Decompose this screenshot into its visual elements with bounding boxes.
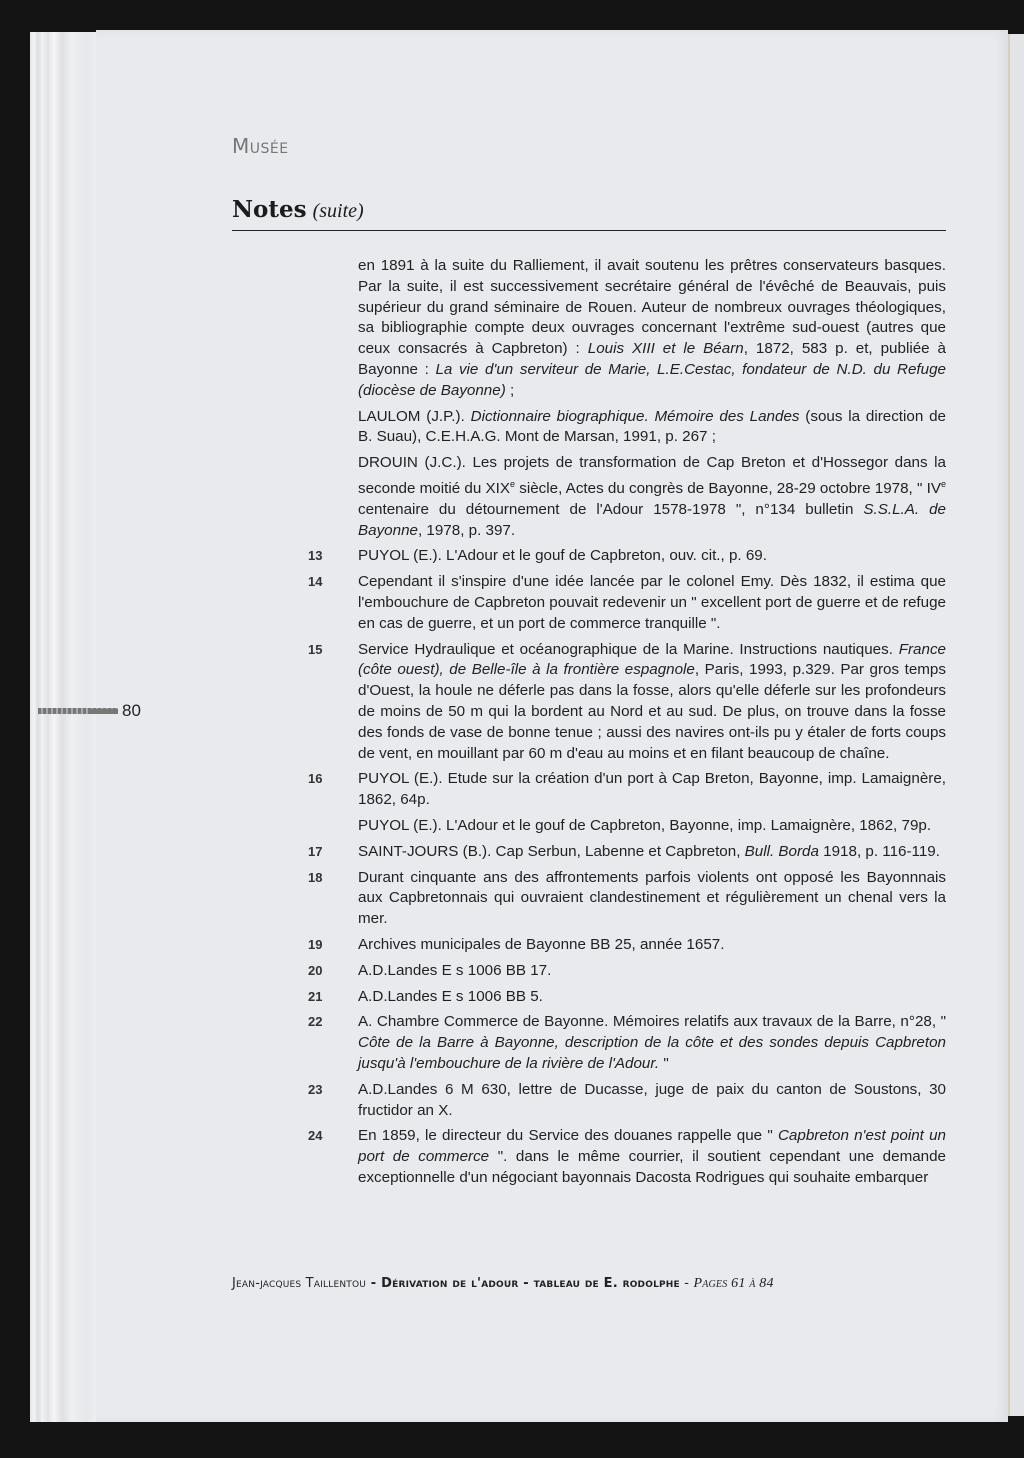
note-number: 22 — [300, 1012, 358, 1074]
note-14: 14 Cependant il s'inspire d'une idée lan… — [300, 572, 946, 634]
title-rule — [232, 230, 946, 231]
note-continued: en 1891 à la suite du Ralliement, il ava… — [300, 256, 946, 541]
note-number: 24 — [300, 1126, 358, 1188]
note-20: 20 A.D.Landes E s 1006 BB 17. — [300, 961, 946, 982]
footer-subtitle: tableau de E. rodolphe — [534, 1276, 680, 1291]
note-16: 16 PUYOL (E.). Etude sur la création d'u… — [300, 769, 946, 836]
note-paragraph: LAULOM (J.P.). Dictionnaire biographique… — [358, 407, 946, 449]
footer-author: Jean-jacques Taillentou — [232, 1276, 366, 1291]
running-footer: Jean-jacques Taillentou - Dérivation de … — [232, 1276, 946, 1292]
note-number: 13 — [300, 546, 358, 567]
page-number: 80 — [122, 701, 141, 721]
note-number: 21 — [300, 987, 358, 1008]
note-number: 19 — [300, 935, 358, 956]
note-number: 18 — [300, 868, 358, 930]
page-edges — [30, 32, 100, 1422]
section-label: Musée — [232, 134, 289, 158]
note-15: 15 Service Hydraulique et océanographiqu… — [300, 640, 946, 765]
note-number: 16 — [300, 769, 358, 836]
title-text: Notes — [232, 196, 307, 223]
note-13: 13 PUYOL (E.). L'Adour et le gouf de Cap… — [300, 546, 946, 567]
page-title: Notes(suite) — [232, 196, 364, 223]
note-24: 24 En 1859, le directeur du Service des … — [300, 1126, 946, 1188]
facing-page-edge — [1008, 34, 1024, 1416]
thumb-index-bar — [88, 709, 118, 714]
note-number: 20 — [300, 961, 358, 982]
note-22: 22 A. Chambre Commerce de Bayonne. Mémoi… — [300, 1012, 946, 1074]
note-19: 19 Archives municipales de Bayonne BB 25… — [300, 935, 946, 956]
footer-pages: Pages 61 à 84 — [693, 1276, 773, 1291]
note-paragraph: PUYOL (E.). L'Adour et le gouf de Capbre… — [358, 816, 946, 837]
note-number: 15 — [300, 640, 358, 765]
note-paragraph: DROUIN (J.C.). Les projets de transforma… — [358, 453, 946, 541]
note-23: 23 A.D.Landes 6 M 630, lettre de Ducasse… — [300, 1080, 946, 1122]
title-suffix: (suite) — [313, 200, 364, 222]
note-number: 14 — [300, 572, 358, 634]
note-paragraph: PUYOL (E.). Etude sur la création d'un p… — [358, 769, 946, 811]
note-21: 21 A.D.Landes E s 1006 BB 5. — [300, 987, 946, 1008]
note-paragraph: en 1891 à la suite du Ralliement, il ava… — [358, 256, 946, 402]
footer-title: Dérivation de l'adour — [381, 1276, 518, 1291]
notes-list: en 1891 à la suite du Ralliement, il ava… — [300, 256, 946, 1194]
note-number: 23 — [300, 1080, 358, 1122]
note-17: 17 SAINT-JOURS (B.). Cap Serbun, Labenne… — [300, 842, 946, 863]
note-number: 17 — [300, 842, 358, 863]
note-18: 18 Durant cinquante ans des affrontement… — [300, 868, 946, 930]
